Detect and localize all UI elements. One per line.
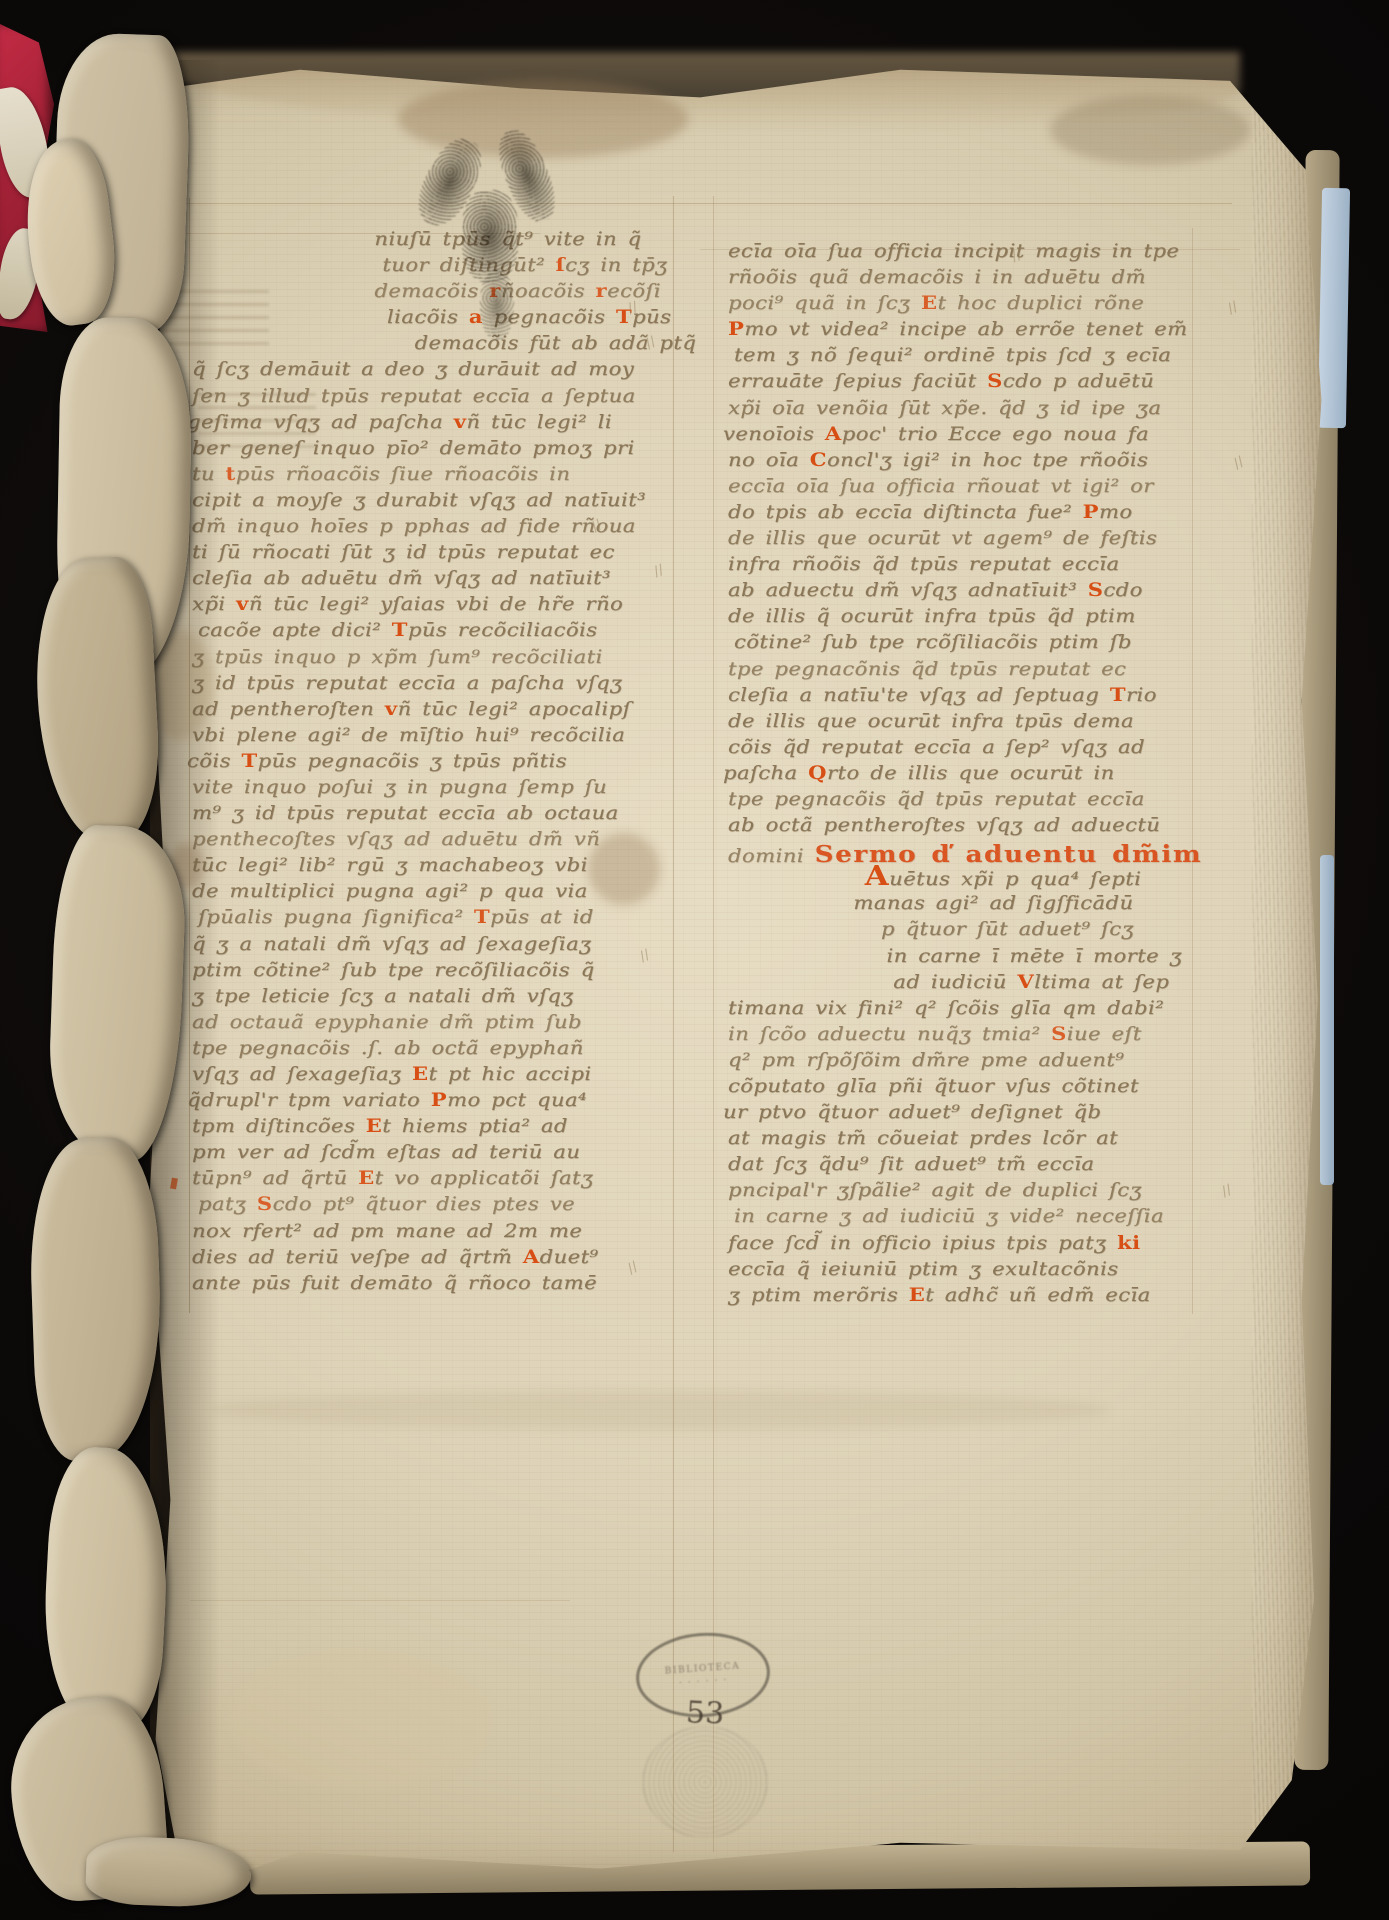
rubricated-stroke: S xyxy=(987,371,1003,392)
manuscript-line: cipit a moyſe ʒ durabit vſqʒ ad natīuit³ xyxy=(192,490,753,516)
manuscript-line: tpe pegnacõis .ſ. ab octã epyphañ xyxy=(192,1038,753,1064)
manuscript-line: cõis q̃d reputat eccīa a ſep² vſqʒ ad xyxy=(728,737,1298,763)
manuscript-line: in ſcõo aduectu nuq̃ʒ tmia² Siue eſt xyxy=(728,1024,1298,1050)
manuscript-line: ab octã pentheroſtes vſqʒ ad aduectū xyxy=(728,815,1298,841)
manuscript-line: Auētus xp̃i p qua⁴ ſepti xyxy=(728,867,1298,893)
rubricated-stroke: E xyxy=(412,1064,429,1085)
paper-stain xyxy=(210,1390,1110,1430)
manuscript-line: ʒ id tpūs reputat eccīa a paſcha vſqʒ xyxy=(192,673,753,699)
manuscript-line: paſcha Qrto de illis que ocurūt in xyxy=(723,763,1299,789)
rubricated-stroke: P xyxy=(1083,502,1099,523)
rubricated-stroke: V xyxy=(1017,972,1034,993)
manuscript-line: pm ver ad ſcd̃m eſtas ad teriū au xyxy=(192,1142,753,1168)
manuscript-line: manas agi² ad ſigſficādū xyxy=(728,893,1298,919)
manuscript-line: liacõis a pegnacõis Tpūs xyxy=(192,307,753,333)
manuscript-line: rñoõis quã demacõis i in aduētu dm̃ xyxy=(728,267,1298,293)
manuscript-line: ʒ ptim merõris Et adhc̃ uñ edm̃ ecīa xyxy=(728,1285,1298,1311)
manuscript-line: penthecoſtes vſqʒ ad aduētu dm̃ vñ xyxy=(192,829,753,855)
ruling-line xyxy=(186,203,1232,204)
manuscript-line: timana vix fini² q² ſcõis glīa qm dabi² xyxy=(728,998,1298,1024)
rubricated-stroke: v xyxy=(385,699,398,720)
manuscript-line: vbi plene agi² de mīſtio hui⁹ recõcilia xyxy=(192,725,753,751)
manuscript-line: de illis que ocurūt infra tpūs dema xyxy=(728,711,1298,737)
manuscript-line: ad pentheroſten vñ tūc legi² apocalipſ xyxy=(192,699,753,725)
manuscript-line: tūpn⁹ ad q̃rtū Et vo applicatõi ſatʒ xyxy=(192,1168,753,1194)
manuscript-line: poci⁹ quã in ſcʒ Et hoc duplici rõne xyxy=(728,293,1298,319)
ruling-line xyxy=(190,1600,570,1601)
rubricated-stroke: v xyxy=(236,594,249,615)
manuscript-line: eccīa oīa ſua officia rñouat vt igi² or xyxy=(728,476,1298,502)
manuscript-line: dies ad teriū veſpe ad q̃rtm̃ Aduet⁹ xyxy=(192,1247,753,1273)
manuscript-line: patʒ Scdo pt⁹ q̃tuor dies ptes ve xyxy=(198,1194,752,1220)
manuscript-line: de multiplici pugna agi² p qua via xyxy=(192,881,753,907)
manuscript-line: nox rfert² ad pm mane ad 2m me xyxy=(192,1221,753,1247)
rubricated-stroke: S xyxy=(1051,1024,1067,1045)
manuscript-line: q² pm rſpõſõim dm̃re pme aduent⁹ xyxy=(728,1050,1298,1076)
rubricated-stroke: A xyxy=(825,424,842,445)
manuscript-line: ſen ʒ illud tpūs reputat eccīa a ſeptua xyxy=(192,386,753,412)
manuscript-line: no oīa Concl'ʒ igi² in hoc tpe rñoõis xyxy=(728,450,1298,476)
rubricated-stroke: E xyxy=(909,1285,926,1306)
rubricated-stroke: T xyxy=(474,907,490,928)
rubricated-stroke: E xyxy=(366,1116,383,1137)
text-column-right: ecīa oīa ſua officia incipit magis in tp… xyxy=(728,241,1228,1311)
manuscript-line: ptim cõtine² ſub tpe recõſiliacõis q̃ xyxy=(192,960,753,986)
manuscript-line: tem ʒ nõ ſequi² ordinē tpis ſcd ʒ ecīa xyxy=(734,345,1297,371)
manuscript-line: geſima vſqʒ ad paſcha vñ tūc legi² li xyxy=(187,412,754,438)
rubricated-stroke: S xyxy=(257,1194,273,1215)
manuscript-line: pncipal'r ʒſpãlie² agit de duplici ſcʒ xyxy=(728,1180,1298,1206)
manuscript-line: tpe pegnacõis q̃d tpūs reputat eccīa xyxy=(728,789,1298,815)
manuscript-line: ad iudiciū Vltima at ſep xyxy=(728,972,1298,998)
manuscript-line: venoīois Apoc' trio Ecce ego noua fa xyxy=(723,424,1299,450)
binding-parchment-fragment xyxy=(31,555,164,846)
blue-insert-edge xyxy=(1320,855,1334,1185)
manuscript-line: dm̃ inquo hoīes p pphas ad fide rñoua xyxy=(192,516,753,542)
manuscript-line: q̃ ʒ a natali dm̃ vſqʒ ad ſexageſiaʒ xyxy=(192,934,753,960)
manuscript-line: m⁹ ʒ id tpūs reputat eccīa ab octaua xyxy=(192,803,753,829)
rubricated-stroke: C xyxy=(810,450,827,471)
manuscript-photo: niuſū tpūs q̃t⁹ vite in q̃tuor diſtingūt… xyxy=(0,0,1389,1920)
manuscript-line: ʒ tpūs inquo p xp̃m ſum⁹ recõciliati xyxy=(192,647,753,673)
manuscript-line: errauāte ſepius faciūt Scdo p aduētū xyxy=(728,371,1298,397)
manuscript-line: vite inquo poſui ʒ in pugna ſemp ſu xyxy=(192,777,753,803)
ink-blot-core xyxy=(462,190,518,282)
manuscript-line: ʒ tpe leticie ſcʒ a natali dm̃ vſqʒ xyxy=(192,986,753,1012)
rubricated-stroke: A xyxy=(865,861,889,892)
manuscript-line: do tpis ab eccīa diſtincta fue² Pmo xyxy=(728,502,1298,528)
rubricated-stroke: Q xyxy=(808,763,827,784)
manuscript-line: q̃ ſcʒ demāuit a deo ʒ durāuit ad moy xyxy=(192,359,753,385)
paper-stain xyxy=(230,1650,490,1790)
rubricated-stroke: T xyxy=(241,751,257,772)
manuscript-line: tūc legi² lib² rgū ʒ machabeoʒ vbi xyxy=(192,855,753,881)
manuscript-line: eccīa q̃ ieiuniū ptim ʒ exultacõnis xyxy=(728,1259,1298,1285)
manuscript-line: face ſcd̃ in officio ipius tpis patʒ ki xyxy=(728,1233,1298,1259)
library-stamp-round xyxy=(642,1726,768,1838)
rubricated-stroke: ki xyxy=(1117,1233,1141,1254)
manuscript-line: de illis q̃ ocurūt infra tpūs q̃d ptim xyxy=(728,606,1298,632)
manuscript-line: p q̃tuor ſūt aduet⁹ ſcʒ xyxy=(734,919,1297,945)
manuscript-line: ur ptvo q̃tuor aduet⁹ deſignet q̃b xyxy=(723,1102,1299,1128)
manuscript-line: Pmo vt videa² incipe ab errõe tenet em̃ xyxy=(728,319,1298,345)
manuscript-line: tu tpūs rñoacõis ſiue rñoacõis in xyxy=(192,464,753,490)
manuscript-line: in carne ī mēte ī morte ʒ xyxy=(728,946,1298,972)
manuscript-line: ante pūs fuit demāto q̃ rñoco tamē xyxy=(192,1273,753,1299)
manuscript-line: dat ſcʒ q̃du⁹ ſit aduet⁹ tm̃ eccīa xyxy=(728,1154,1298,1180)
library-stamp-text: BIBLIOTECA xyxy=(664,1661,740,1676)
manuscript-line: ſpūalis pugna ſignifica² Tpūs at id xyxy=(198,907,752,933)
ink-blot xyxy=(422,128,562,303)
rubricated-stroke: r xyxy=(596,281,608,302)
manuscript-line: xp̃i oīa venõia ſūt xp̃e. q̃d ʒ id ipe ʒ… xyxy=(728,398,1298,424)
rubricated-stroke: P xyxy=(431,1090,447,1111)
rubricated-stroke: E xyxy=(358,1168,375,1189)
manuscript-line: ti ſū rñocati ſūt ʒ id tpūs reputat ec xyxy=(192,542,753,568)
manuscript-line: at magis tm̃ cõueiat prdes lcõr at xyxy=(728,1128,1298,1154)
manuscript-line: cõtine² ſub tpe rcõſiliacõis ptim ſb xyxy=(734,632,1297,658)
manuscript-line: in carne ʒ ad iudiciū ʒ vide² neceſſia xyxy=(734,1206,1297,1232)
rubricated-stroke: v xyxy=(454,412,467,433)
manuscript-line: cleſia ab aduētu dm̃ vſqʒ ad natīuit³ xyxy=(192,568,753,594)
manuscript-line: cõputato glīa pñi q̃tuor vſus cõtinet xyxy=(728,1076,1298,1102)
manuscript-line: cõis Tpūs pegnacõis ʒ tpūs pñtis xyxy=(187,751,754,777)
manuscript-line: q̃drupl'r tpm variato Pmo pct qua⁴ xyxy=(187,1090,754,1116)
rubricated-stroke: T xyxy=(1110,685,1126,706)
rubricated-stroke: S xyxy=(1088,580,1104,601)
rubricated-stroke: T xyxy=(392,620,408,641)
manuscript-line: tpe pegnacõnis q̃d tpūs reputat ec xyxy=(728,659,1298,685)
paper-stain xyxy=(1050,95,1250,165)
rubricated-stroke: P xyxy=(728,319,744,340)
text-column-left: niuſū tpūs q̃t⁹ vite in q̃tuor diſtingūt… xyxy=(192,229,684,1299)
manuscript-line: vſqʒ ad ſexageſiaʒ Et pt hic accipi xyxy=(192,1064,753,1090)
blue-insert-edge xyxy=(1318,188,1350,428)
manuscript-line: cacõe apte dici² Tpūs recõciliacõis xyxy=(198,620,752,646)
manuscript-line: demacõis fūt ab adã ptq̃ xyxy=(198,333,752,359)
ink-blot-tail xyxy=(480,270,514,340)
manuscript-line: infra rñoõis q̃d tpūs reputat eccīa xyxy=(728,554,1298,580)
manuscript-line: ab aduectu dm̃ vſqʒ adnatīuit³ Scdo xyxy=(728,580,1298,606)
binding-parchment-fragment xyxy=(26,1136,165,1462)
manuscript-line: domini Sermo ď aduentu dm̃im xyxy=(728,841,1298,867)
manuscript-line: tpm diſtincões Et hiems ptia² ad xyxy=(192,1116,753,1142)
manuscript-line: ber geneſ inquo pīo² demāto pmoʒ pri xyxy=(192,438,753,464)
library-stamp-text: · · · · · · xyxy=(679,1675,729,1688)
rubricated-stroke: A xyxy=(523,1247,540,1268)
manuscript-line: xp̃i vñ tūc legi² yſaias vbi de hr̃e rño xyxy=(192,594,753,620)
rubricated-stroke: E xyxy=(921,293,938,314)
rubricated-stroke: t xyxy=(226,464,236,485)
manuscript-line: cleſia a natīu'te vſqʒ ad ſeptuag Trio xyxy=(728,685,1298,711)
manuscript-line: ad octauã epyphanie dm̃ ptim ſub xyxy=(192,1012,753,1038)
manuscript-line: de illis que ocurūt vt agem⁹ de feſtis xyxy=(728,528,1298,554)
